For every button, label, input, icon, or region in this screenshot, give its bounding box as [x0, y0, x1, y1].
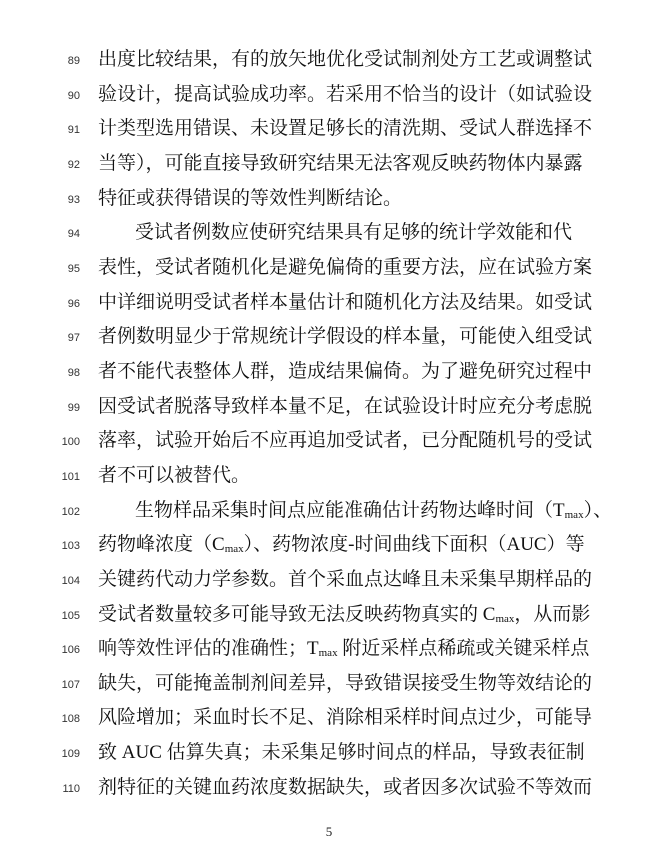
line-text: 剂特征的关键血药浓度数据缺失，或者因多次试验不等效而 — [98, 771, 561, 806]
subscript-max: max — [225, 543, 244, 555]
line-text: 受试者例数应使研究结果具有足够的统计学效能和代 — [98, 216, 561, 251]
text-line: 93 特征或获得错误的等效性判断结论。 — [0, 182, 655, 217]
text-line: 90 验设计，提高试验成功率。若采用不恰当的设计（如试验设 — [0, 78, 655, 113]
text-line: 108 风险增加；采血时长不足、消除相采样时间点过少，可能导 — [0, 701, 655, 736]
line-number: 103 — [44, 529, 80, 564]
line-number: 100 — [44, 425, 80, 460]
line-number: 98 — [44, 356, 80, 391]
body-text: 89 出度比较结果，有的放矢地优化受试制剂处方工艺或调整试 90 验设计，提高试… — [0, 43, 655, 805]
line-number: 110 — [44, 772, 80, 807]
text-line: 106 响等效性评估的准确性；Tmax 附近采样点稀疏或关键采样点 — [0, 632, 655, 667]
line-number: 91 — [44, 113, 80, 148]
text-segment: 受试者数量较多可能导致无法反映药物真实的 — [98, 604, 483, 625]
text-segment: 生物样品采集时间点应能准确估计药物达峰时间（ — [135, 500, 553, 521]
document-page: 89 出度比较结果，有的放矢地优化受试制剂处方工艺或调整试 90 验设计，提高试… — [0, 0, 655, 860]
line-number: 92 — [44, 148, 80, 183]
line-text: 者不能代表整体人群，造成结果偏倚。为了避免研究过程中 — [98, 355, 561, 390]
line-text: 致 AUC 估算失真；未采集足够时间点的样品，导致表征制 — [98, 736, 561, 771]
text-segment: ）、 — [584, 500, 613, 521]
symbol-c: C — [212, 534, 225, 555]
text-line: 101 者不可以被替代。 — [0, 459, 655, 494]
page-number: 5 — [315, 824, 343, 840]
text-line: 105 受试者数量较多可能导致无法反映药物真实的 Cmax，从而影 — [0, 598, 655, 633]
text-line: 100 落率，试验开始后不应再追加受试者，已分配随机号的受试 — [0, 424, 655, 459]
line-number: 89 — [44, 44, 80, 79]
subscript-max: max — [565, 509, 584, 521]
line-number: 93 — [44, 183, 80, 218]
text-line: 99 因受试者脱落导致样本量不足，在试验设计时应充分考虑脱 — [0, 390, 655, 425]
line-text: 风险增加；采血时长不足、消除相采样时间点过少，可能导 — [98, 701, 561, 736]
line-number: 94 — [44, 217, 80, 252]
line-text: 计类型选用错误、未设置足够长的清洗期、受试人群选择不 — [98, 112, 561, 147]
text-line: 104 关键药代动力学参数。首个采血点达峰且未采集早期样品的 — [0, 563, 655, 598]
line-number: 106 — [44, 633, 80, 668]
text-line: 89 出度比较结果，有的放矢地优化受试制剂处方工艺或调整试 — [0, 43, 655, 78]
text-segment: 附近采样点稀疏或关键采样点 — [338, 638, 590, 659]
subscript-max: max — [495, 613, 514, 625]
line-number: 97 — [44, 321, 80, 356]
text-segment: 药物峰浓度（ — [98, 534, 212, 555]
line-text: 者例数明显少于常规统计学假设的样本量，可能使入组受试 — [98, 320, 561, 355]
text-line: 96 中详细说明受试者样本量估计和随机化方法及结果。如受试 — [0, 286, 655, 321]
text-segment: ，从而影 — [514, 604, 590, 625]
text-segment: ）、药物浓度-时间曲线下面积（AUC）等 — [244, 534, 585, 555]
line-number: 109 — [44, 737, 80, 772]
symbol-t: T — [553, 500, 565, 521]
line-number: 105 — [44, 599, 80, 634]
symbol-c: C — [483, 604, 496, 625]
line-text: 受试者数量较多可能导致无法反映药物真实的 Cmax，从而影 — [98, 598, 561, 633]
line-number: 102 — [44, 495, 80, 530]
line-text: 生物样品采集时间点应能准确估计药物达峰时间（Tmax）、 — [98, 494, 567, 529]
line-number: 108 — [44, 702, 80, 737]
subscript-max: max — [319, 647, 338, 659]
line-text: 验设计，提高试验成功率。若采用不恰当的设计（如试验设 — [98, 78, 561, 113]
line-number: 95 — [44, 252, 80, 287]
text-line: 109 致 AUC 估算失真；未采集足够时间点的样品，导致表征制 — [0, 736, 655, 771]
text-segment: 响等效性评估的准确性； — [98, 638, 307, 659]
line-text: 出度比较结果，有的放矢地优化受试制剂处方工艺或调整试 — [98, 43, 561, 78]
line-number: 96 — [44, 287, 80, 322]
line-text: 落率，试验开始后不应再追加受试者，已分配随机号的受试 — [98, 424, 561, 459]
line-number: 101 — [44, 460, 80, 495]
line-text: 响等效性评估的准确性；Tmax 附近采样点稀疏或关键采样点 — [98, 632, 561, 667]
line-text: 中详细说明受试者样本量估计和随机化方法及结果。如受试 — [98, 286, 561, 321]
line-text: 药物峰浓度（Cmax）、药物浓度-时间曲线下面积（AUC）等 — [98, 528, 561, 563]
text-line: 103 药物峰浓度（Cmax）、药物浓度-时间曲线下面积（AUC）等 — [0, 528, 655, 563]
line-text: 关键药代动力学参数。首个采血点达峰且未采集早期样品的 — [98, 563, 561, 598]
line-text: 因受试者脱落导致样本量不足，在试验设计时应充分考虑脱 — [98, 390, 561, 425]
text-line: 98 者不能代表整体人群，造成结果偏倚。为了避免研究过程中 — [0, 355, 655, 390]
line-text: 特征或获得错误的等效性判断结论。 — [98, 182, 561, 217]
line-number: 99 — [44, 391, 80, 426]
line-text: 当等），可能直接导致研究结果无法客观反映药物体内暴露 — [98, 147, 561, 182]
text-line: 92 当等），可能直接导致研究结果无法客观反映药物体内暴露 — [0, 147, 655, 182]
line-text: 者不可以被替代。 — [98, 459, 561, 494]
text-line: 91 计类型选用错误、未设置足够长的清洗期、受试人群选择不 — [0, 112, 655, 147]
line-number: 104 — [44, 564, 80, 599]
text-line: 102 生物样品采集时间点应能准确估计药物达峰时间（Tmax）、 — [0, 494, 655, 529]
line-text: 缺失，可能掩盖制剂间差异，导致错误接受生物等效结论的 — [98, 667, 561, 702]
text-line: 95 表性，受试者随机化是避免偏倚的重要方法，应在试验方案 — [0, 251, 655, 286]
symbol-t: T — [307, 638, 319, 659]
text-line: 97 者例数明显少于常规统计学假设的样本量，可能使入组受试 — [0, 320, 655, 355]
text-line: 110 剂特征的关键血药浓度数据缺失，或者因多次试验不等效而 — [0, 771, 655, 806]
text-line: 94 受试者例数应使研究结果具有足够的统计学效能和代 — [0, 216, 655, 251]
text-line: 107 缺失，可能掩盖制剂间差异，导致错误接受生物等效结论的 — [0, 667, 655, 702]
line-number: 90 — [44, 79, 80, 114]
line-number: 107 — [44, 668, 80, 703]
line-text: 表性，受试者随机化是避免偏倚的重要方法，应在试验方案 — [98, 251, 561, 286]
